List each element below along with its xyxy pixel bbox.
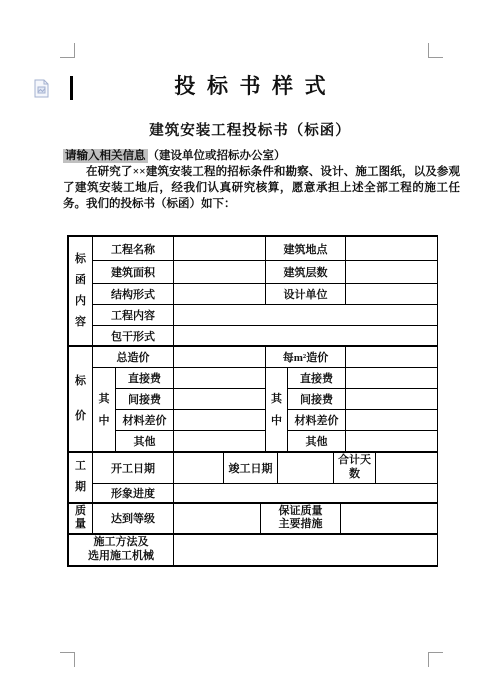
label-total-cost: 总造价	[93, 347, 174, 368]
header-schedule: 工期	[69, 453, 93, 503]
label-project-scope: 工程内容	[93, 305, 174, 326]
label-start-date: 开工日期	[93, 453, 174, 484]
word-document-page: { "colors": { "highlight_bg": "#c0c0c0",…	[0, 0, 500, 692]
section-content: 标函内容 工程名称 建筑地点 建筑面积 建筑层数 结构形式 设计单位 工程内容 …	[68, 236, 438, 346]
input-direct-cost-right[interactable]	[346, 368, 438, 389]
input-prompt-line: 请输入相关信息（建设单位或招标办公室）	[63, 147, 286, 163]
input-total-days[interactable]	[376, 453, 438, 484]
label-finish-date: 竣工日期	[224, 453, 278, 484]
input-quality-assurance[interactable]	[341, 503, 438, 534]
input-structure-type[interactable]	[174, 284, 266, 305]
header-bid-letter-content: 标函内容	[69, 237, 93, 346]
label-total-days: 合计天数	[334, 453, 376, 484]
input-lump-sum-form[interactable]	[174, 326, 438, 346]
input-material-diff-right[interactable]	[346, 410, 438, 431]
label-structure-type: 结构形式	[93, 284, 174, 305]
label-lump-sum-form: 包干形式	[93, 326, 174, 346]
label-design-unit: 设计单位	[266, 284, 346, 305]
label-other-left: 其他	[116, 431, 174, 452]
label-indirect-cost-left: 间接费	[116, 389, 174, 410]
label-construction-method-line1: 施工方法及	[94, 536, 149, 548]
input-building-location[interactable]	[346, 237, 438, 261]
page-margin-mark-top-left	[60, 43, 75, 58]
page-title: 投标书样式	[0, 70, 500, 100]
input-prompt-highlight[interactable]: 请输入相关信息	[63, 149, 148, 163]
label-building-floors: 建筑层数	[266, 261, 346, 284]
label-project-name: 工程名称	[93, 237, 174, 261]
label-building-area: 建筑面积	[93, 261, 174, 284]
input-construction-method[interactable]	[174, 535, 438, 566]
input-building-area[interactable]	[174, 261, 266, 284]
input-material-diff-left[interactable]	[174, 410, 266, 431]
intro-paragraph: 在研究了××建筑安装工程的招标条件和勘察、设计、施工图纸，以及参观了建筑安装工地…	[63, 164, 460, 212]
header-quality: 质量	[69, 503, 93, 534]
input-indirect-cost-right[interactable]	[346, 389, 438, 410]
input-finish-date[interactable]	[278, 453, 334, 484]
input-visual-progress[interactable]	[174, 483, 438, 502]
section-quality: 质量 达到等级 保证质量主要措施	[68, 503, 438, 535]
page-margin-mark-bottom-left	[60, 652, 75, 667]
label-total-days-text: 合计天数	[337, 454, 372, 482]
input-direct-cost-left[interactable]	[174, 368, 266, 389]
label-construction-method-line2: 选用施工机械	[88, 550, 154, 562]
input-total-cost[interactable]	[174, 347, 266, 368]
section-method: 施工方法及选用施工机械	[68, 534, 438, 566]
input-start-date[interactable]	[174, 453, 224, 484]
input-project-scope[interactable]	[174, 305, 438, 326]
label-indirect-cost-right: 间接费	[288, 389, 346, 410]
label-building-location: 建筑地点	[266, 237, 346, 261]
header-among-which-right: 其中	[266, 368, 288, 452]
bid-table: 标函内容 工程名称 建筑地点 建筑面积 建筑层数 结构形式 设计单位 工程内容 …	[67, 235, 438, 567]
input-design-unit[interactable]	[346, 284, 438, 305]
input-other-left[interactable]	[174, 431, 266, 452]
header-among-which-left: 其中	[93, 368, 116, 452]
input-other-right[interactable]	[346, 431, 438, 452]
input-cost-per-m2[interactable]	[346, 347, 438, 368]
input-project-name[interactable]	[174, 237, 266, 261]
label-quality-assurance-line1: 保证质量	[279, 505, 323, 517]
label-material-diff-right: 材料差价	[288, 410, 346, 431]
label-direct-cost-right: 直接费	[288, 368, 346, 389]
section-schedule: 工期 开工日期 竣工日期 合计天数 形象进度	[68, 452, 438, 503]
doc-subtitle: 建筑安装工程投标书（标函）	[0, 119, 500, 140]
section-price: 标价 总造价 每m²造价 其中 直接费 其中 直接费 间接费 间接费 材料差价 …	[68, 346, 438, 452]
label-material-diff-left: 材料差价	[116, 410, 174, 431]
label-direct-cost-left: 直接费	[116, 368, 174, 389]
label-other-right: 其他	[288, 431, 346, 452]
input-prompt-note: （建设单位或招标办公室）	[148, 150, 286, 162]
page-margin-mark-bottom-right	[428, 652, 443, 667]
label-quality-assurance-line2: 主要措施	[279, 518, 323, 530]
page-margin-mark-top-right	[428, 43, 443, 58]
label-cost-per-m2: 每m²造价	[266, 347, 346, 368]
header-bid-price: 标价	[69, 347, 93, 452]
input-grade-achieved[interactable]	[174, 503, 261, 534]
label-grade-achieved: 达到等级	[93, 503, 174, 534]
label-quality-assurance: 保证质量主要措施	[261, 503, 341, 534]
label-construction-method: 施工方法及选用施工机械	[69, 535, 174, 566]
input-indirect-cost-left[interactable]	[174, 389, 266, 410]
input-building-floors[interactable]	[346, 261, 438, 284]
label-visual-progress: 形象进度	[93, 483, 174, 502]
